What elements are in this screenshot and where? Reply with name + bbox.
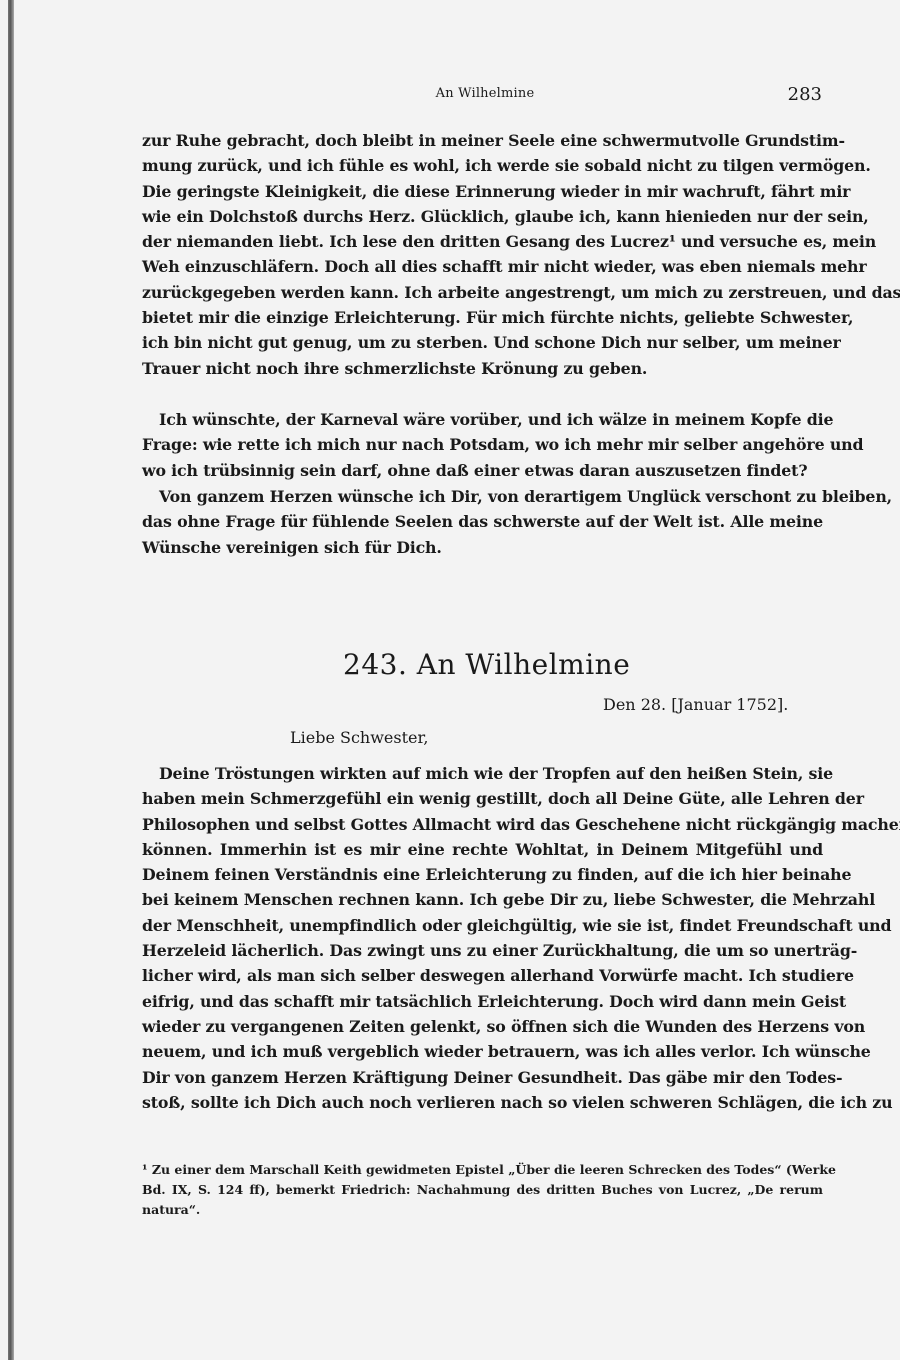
footnote-line: Bd. IX, S. 124 ff), bemerkt Friedrich: N… — [142, 1180, 823, 1200]
letter-paragraph-1: Deine Tröstungen wirkten auf mich wie de… — [142, 761, 823, 1115]
text-line: Weh einzuschläfern. Doch all dies schaff… — [142, 254, 823, 279]
text-line: Von ganzem Herzen wünsche ich Dir, von d… — [142, 484, 823, 509]
text-line: Die geringste Kleinigkeit, die diese Eri… — [142, 179, 823, 204]
page-number: 283 — [788, 84, 822, 105]
footnote-line: ¹ Zu einer dem Marschall Keith gewidmete… — [142, 1160, 823, 1180]
text-line: haben mein Schmerzgefühl ein wenig gesti… — [142, 786, 823, 811]
text-line: Frage: wie rette ich mich nur nach Potsd… — [142, 432, 823, 457]
text-line: mung zurück, und ich fühle es wohl, ich … — [142, 153, 823, 178]
text-line: zurückgegeben werden kann. Ich arbeite a… — [142, 280, 823, 305]
text-line: bei keinem Menschen rechnen kann. Ich ge… — [142, 887, 823, 912]
text-line: bietet mir die einzige Erleichterung. Fü… — [142, 305, 823, 330]
text-line: Trauer nicht noch ihre schmerzlichste Kr… — [142, 356, 823, 381]
running-head: An Wilhelmine — [140, 86, 830, 101]
text-line: stoß, sollte ich Dich auch noch verliere… — [142, 1090, 823, 1115]
continuation-paragraph-1: zur Ruhe gebracht, doch bleibt in meiner… — [142, 128, 823, 381]
footnote-line: natura“. — [142, 1200, 823, 1220]
footnote: ¹ Zu einer dem Marschall Keith gewidmete… — [142, 1160, 823, 1220]
letter-heading: 243. An Wilhelmine — [343, 648, 630, 681]
text-line: neuem, und ich muß vergeblich wieder bet… — [142, 1039, 823, 1064]
text-line: wie ein Dolchstoß durchs Herz. Glücklich… — [142, 204, 823, 229]
continuation-paragraph-3: Von ganzem Herzen wünsche ich Dir, von d… — [142, 484, 823, 560]
book-page: An Wilhelmine 283 zur Ruhe gebracht, doc… — [0, 0, 900, 1360]
text-line: Deinem feinen Verständnis eine Erleichte… — [142, 862, 823, 887]
text-line: können. Immerhin ist es mir eine rechte … — [142, 837, 823, 862]
text-line: wo ich trübsinnig sein darf, ohne daß ei… — [142, 458, 823, 483]
text-line: Philosophen und selbst Gottes Allmacht w… — [142, 812, 823, 837]
text-line: der Menschheit, unempfindlich oder gleic… — [142, 913, 823, 938]
text-line: das ohne Frage für fühlende Seelen das s… — [142, 509, 823, 534]
text-line: licher wird, als man sich selber deswege… — [142, 963, 823, 988]
text-line: Dir von ganzem Herzen Kräftigung Deiner … — [142, 1065, 823, 1090]
text-line: wieder zu vergangenen Zeiten gelenkt, so… — [142, 1014, 823, 1039]
text-line: Wünsche vereinigen sich für Dich. — [142, 535, 823, 560]
text-line: eifrig, und das schafft mir tatsächlich … — [142, 989, 823, 1014]
letter-salutation: Liebe Schwester, — [290, 728, 428, 747]
text-line: ich bin nicht gut genug, um zu sterben. … — [142, 330, 823, 355]
text-line: Ich wünschte, der Karneval wäre vorüber,… — [142, 407, 823, 432]
letter-date: Den 28. [Januar 1752]. — [603, 695, 788, 714]
continuation-paragraph-2: Ich wünschte, der Karneval wäre vorüber,… — [142, 407, 823, 483]
text-line: der niemanden liebt. Ich lese den dritte… — [142, 229, 823, 254]
text-line: Herzeleid lächerlich. Das zwingt uns zu … — [142, 938, 823, 963]
text-line: zur Ruhe gebracht, doch bleibt in meiner… — [142, 128, 823, 153]
text-line: Deine Tröstungen wirkten auf mich wie de… — [142, 761, 823, 786]
